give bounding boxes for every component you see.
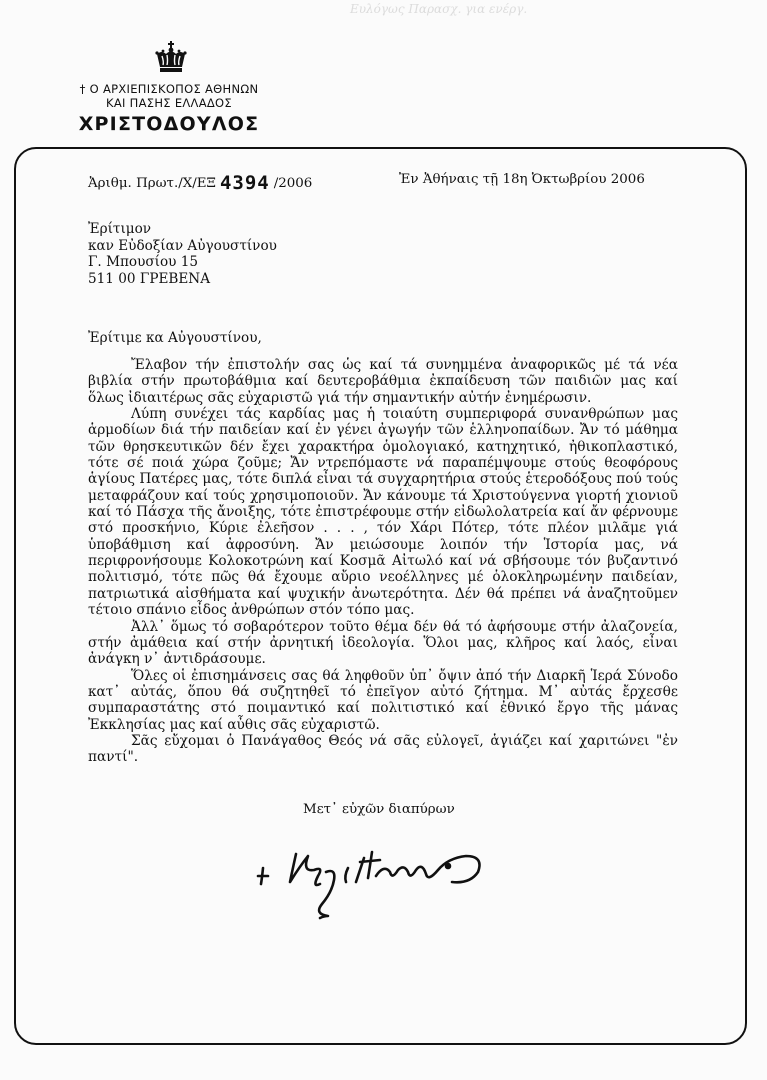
letter-date: Ἐν Ἀθήναις τῇ 18η Ὀκτωβρίου 2006: [399, 172, 645, 187]
body-paragraph: Ὅλες οἱ ἐπισημάνσεις σας θά ληφθοῦν ὑπ᾽ …: [88, 668, 678, 733]
protocol-reference: Ἀριθμ. Πρωτ./Χ/ΕΞ4394/2006: [88, 172, 312, 194]
letterhead: † Ο ΑΡΧΙΕΠΙΣΚΟΠΟΣ ΑΘΗΝΩΝ ΚΑΙ ΠΑΣΗΣ ΕΛΛΑΔ…: [34, 82, 304, 137]
body-paragraph: Ἔλαβον τήν ἐπιστολήν σας ὡς καί τά συνημ…: [88, 357, 678, 406]
body-paragraph: Ἀλλ᾽ ὅμως τό σοβαρότερον τοῦτο θέμα δέν …: [88, 619, 678, 668]
letterhead-title-line2: ΚΑΙ ΠΑΣΗΣ ΕΛΛΑΔΟΣ: [34, 96, 304, 110]
ref-prefix: Ἀριθμ. Πρωτ./Χ/ΕΞ: [88, 176, 216, 191]
body-paragraph: Σᾶς εὔχομαι ὁ Πανάγαθος Θεός νά σᾶς εὐλο…: [88, 733, 678, 766]
recipient-address: Ἐρίτιμον καν Εὐδοξίαν Αὐγουστίνου Γ. Μπο…: [88, 221, 277, 287]
closing-phrase: Μετ᾽ εὐχῶν διαπύρων: [303, 802, 455, 817]
recipient-line: καν Εὐδοξίαν Αὐγουστίνου: [88, 238, 277, 255]
handwritten-signature-icon: + Χριστόδουλος: [252, 832, 592, 932]
crown-icon: [153, 40, 189, 74]
recipient-line: Ἐρίτιμον: [88, 221, 277, 238]
recipient-line: Γ. Μπουσίου 15: [88, 254, 277, 271]
recipient-line: 511 00 ΓΡΕΒΕΝΑ: [88, 271, 277, 288]
faint-handwritten-note: Ευλόγως Παρασχ. για ενέργ.: [350, 2, 750, 16]
letterhead-title-line1: † Ο ΑΡΧΙΕΠΙΣΚΟΠΟΣ ΑΘΗΝΩΝ: [34, 82, 304, 96]
salutation: Ἐρίτιμε κα Αὐγουστίνου,: [88, 330, 262, 346]
ref-year: /2006: [274, 176, 313, 191]
letter-body: Ἔλαβον τήν ἐπιστολήν σας ὡς καί τά συνημ…: [88, 357, 678, 766]
body-paragraph: Λύπη συνέχει τάς καρδίας μας ἡ τοιαύτη σ…: [88, 406, 678, 618]
letterhead-name: ΧΡΙΣΤΟΔΟΥΛΟΣ: [34, 111, 304, 137]
ref-number: 4394: [220, 172, 270, 194]
